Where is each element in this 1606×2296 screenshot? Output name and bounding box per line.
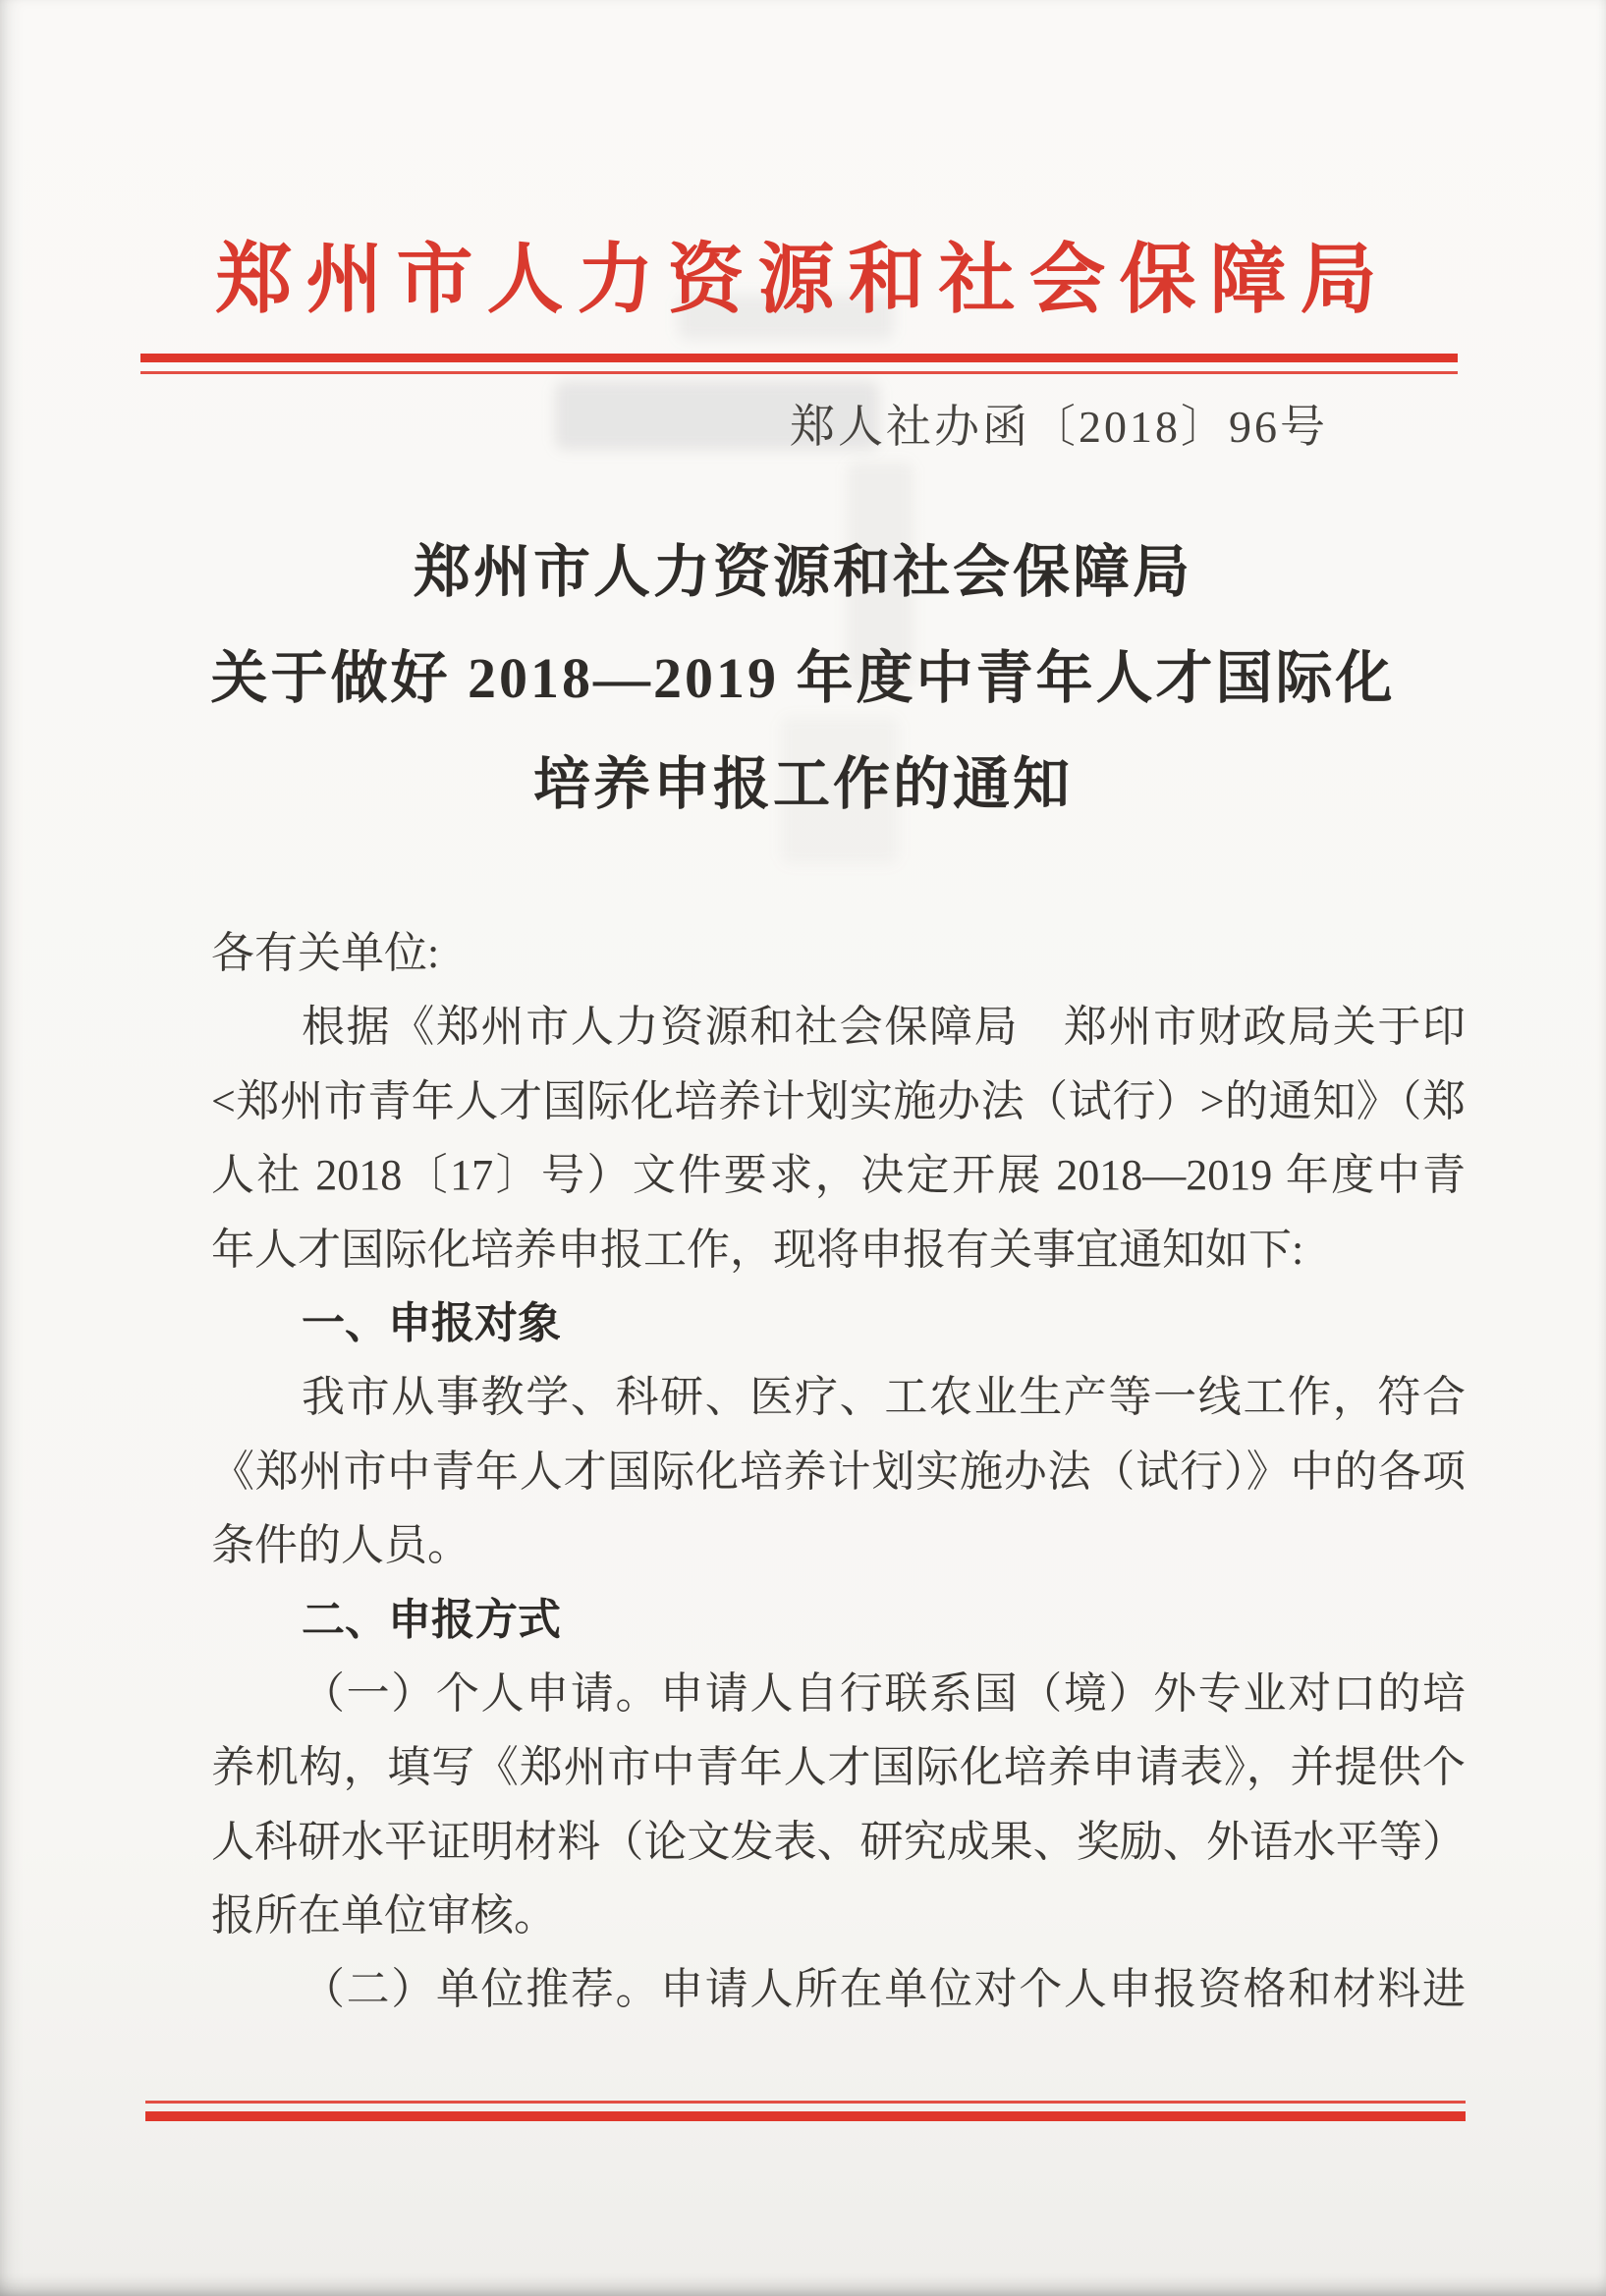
document-title-line-3: 培养申报工作的通知	[98, 732, 1508, 838]
body-line: 养机构，填写《郑州市中青年人才国际化培养申请表》，并提供个	[211, 1730, 1466, 1804]
body-line: 报所在单位审核。	[211, 1879, 1466, 1952]
body-line: 人社 2018〔17〕号）文件要求，决定开展 2018—2019 年度中青	[211, 1138, 1466, 1212]
body-line: 我市从事教学、科研、医疗、工农业生产等一线工作，符合	[302, 1360, 1466, 1434]
letterhead-rule-thin	[140, 371, 1458, 374]
body-line: 根据《郑州市人力资源和社会保障局 郑州市财政局关于印发	[302, 990, 1466, 1064]
footer-rule-thin	[145, 2101, 1466, 2104]
scanned-document-page: 郑州市人力资源和社会保障局 郑人社办函〔2018〕96号 郑州市人力资源和社会保…	[0, 0, 1606, 2296]
section-heading: 一、申报对象	[302, 1286, 1466, 1360]
agency-letterhead: 郑州市人力资源和社会保障局	[69, 218, 1537, 328]
letterhead-rule-thick	[140, 354, 1458, 362]
document-body: 各有关单位: 根据《郑州市人力资源和社会保障局 郑州市财政局关于印发 <郑州市青…	[211, 916, 1466, 2027]
document-title-line-1: 郑州市人力资源和社会保障局	[98, 519, 1508, 626]
section-heading: 二、申报方式	[302, 1583, 1466, 1657]
document-reference-number: 郑人社办函〔2018〕96号	[790, 391, 1328, 456]
footer-rule-thick	[145, 2111, 1466, 2121]
body-line: 《郑州市中青年人才国际化培养计划实施办法（试行）》中的各项	[211, 1435, 1466, 1508]
body-line: （一）个人申请。申请人自行联系国（境）外专业对口的培	[302, 1657, 1466, 1730]
salutation-line: 各有关单位:	[211, 916, 1466, 990]
document-title-line-2: 关于做好 2018—2019 年度中青年人才国际化	[98, 626, 1508, 732]
body-line: <郑州市青年人才国际化培养计划实施办法（试行）>的通知》（郑	[211, 1065, 1466, 1138]
body-line: 条件的人员。	[211, 1508, 1466, 1582]
body-line: 人科研水平证明材料（论文发表、研究成果、奖励、外语水平等）	[211, 1805, 1466, 1879]
document-title: 郑州市人力资源和社会保障局 关于做好 2018—2019 年度中青年人才国际化 …	[98, 519, 1508, 838]
body-line: （二）单位推荐。申请人所在单位对个人申报资格和材料进	[302, 1952, 1466, 2026]
body-line: 年人才国际化培养申报工作，现将申报有关事宜通知如下:	[211, 1213, 1466, 1286]
